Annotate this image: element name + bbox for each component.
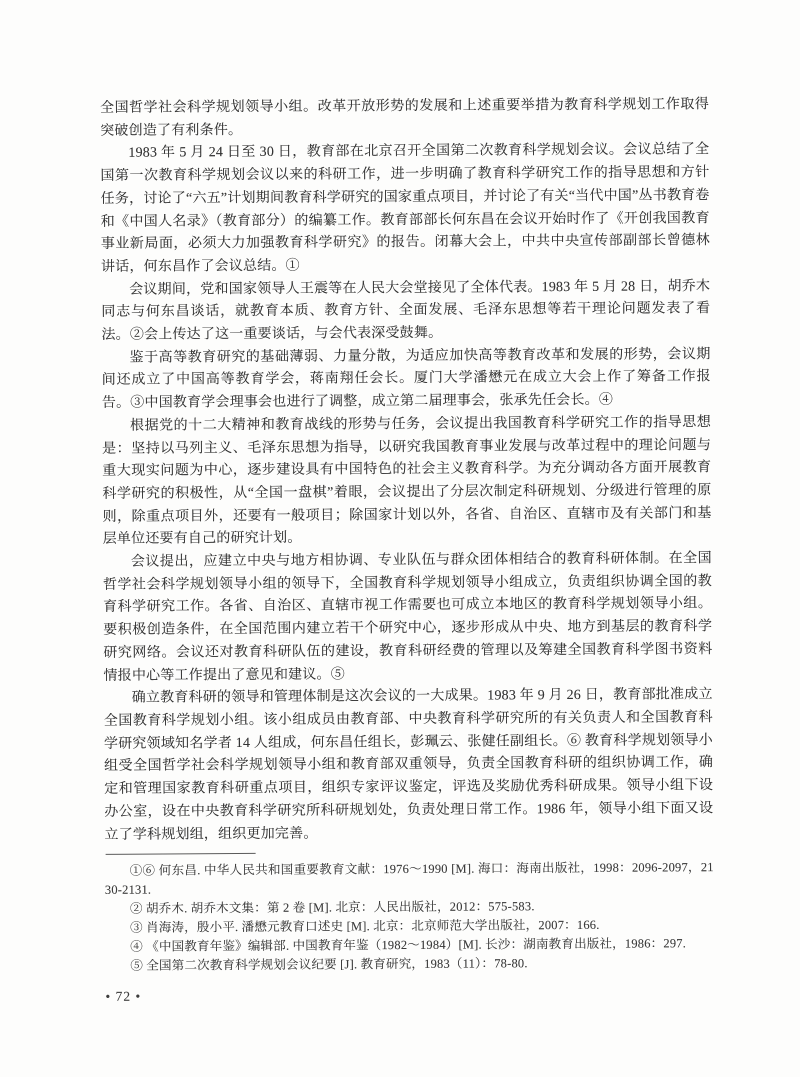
footnote-separator — [106, 853, 256, 855]
body-paragraph: 1983 年 5 月 24 日至 30 日，教育部在北京召开全国第二次教育科学规… — [100, 140, 710, 280]
body-paragraph: 全国哲学社会科学规划领导小组。改革开放形势的发展和上述重要举措为教育科学规划工作… — [100, 94, 709, 143]
footnote-item: ⑤ 全国第二次教育科学规划会议纪要 [J]. 教育研究，1983（11）：78-… — [105, 953, 714, 976]
body-paragraph: 鉴于高等教育研究的基础薄弱、力量分散，为适应加快高等教育改革和发展的形势，会议期… — [102, 344, 711, 416]
body-paragraph: 会议期间，党和国家领导人王震等在人民大会堂接见了全体代表。1983 年 5 月 … — [101, 276, 710, 348]
scanned-book-page: 全国哲学社会科学规划领导小组。改革开放形势的发展和上述重要举措为教育科学规划工作… — [0, 0, 800, 1077]
footnotes-block: ①⑥ 何东昌. 中华人民共和国重要教育文献：1976～1990 [M]. 海口：… — [105, 858, 715, 976]
body-text-block: 全国哲学社会科学规划领导小组。改革开放形势的发展和上述重要举措为教育科学规划工作… — [100, 94, 714, 847]
body-paragraph: 会议提出，应建立中央与地方相协调、专业队伍与群众团体相结合的教育科研体制。在全国… — [103, 548, 713, 688]
page-content: 全国哲学社会科学规划领导小组。改革开放形势的发展和上述重要举措为教育科学规划工作… — [100, 94, 715, 1005]
footnote-item: ①⑥ 何东昌. 中华人民共和国重要教育文献：1976～1990 [M]. 海口：… — [105, 858, 714, 900]
body-paragraph: 确立教育科研的领导和管理体制是这次会议的一大成果。1983 年 9 月 26 日… — [104, 684, 714, 847]
footnote-item: ④ 《中国教育年鉴》编辑部. 中国教育年鉴（1982～1984）[M]. 长沙：… — [105, 934, 714, 957]
page-number: • 72 • — [105, 985, 714, 1005]
body-paragraph: 根据党的十二大精神和教育战线的形势与任务，会议提出我国教育科学研究工作的指导思想… — [102, 412, 712, 552]
